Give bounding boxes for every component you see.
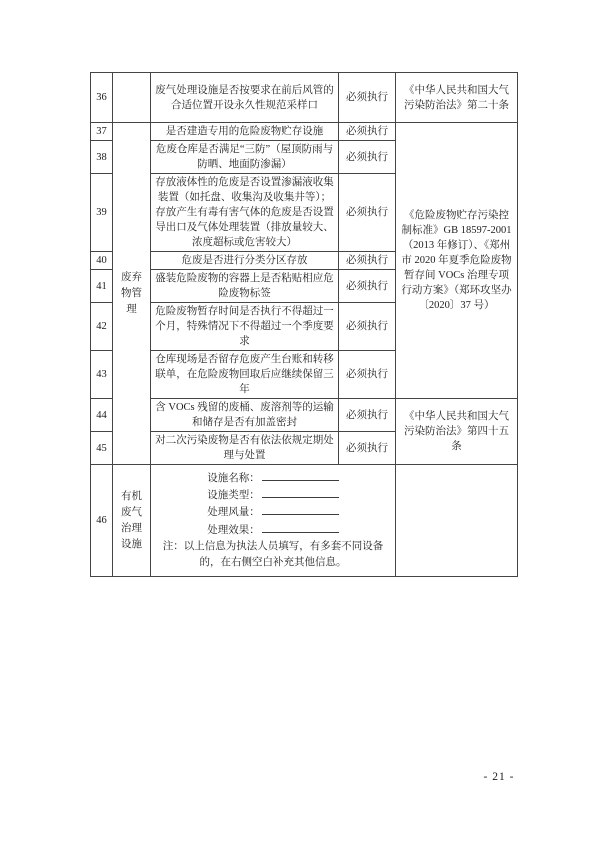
requirement-cell: 必须执行 <box>339 351 396 399</box>
table-row: 46 有机废气治理设施 设施名称： 设施类型： 处理风量： 处理效果： 注：以上… <box>91 465 518 577</box>
content-cell: 对二次污染废物是否有依法依规定期处理与处置 <box>151 432 339 465</box>
content-cell: 存放液体性的危废是否设置渗漏液收集装置（如托盘、收集沟及收集井等）；存放产生有毒… <box>151 174 339 252</box>
fill-in-blank-line <box>262 487 339 498</box>
reference-cell: 《中华人民共和国大气污染防治法》第四十五条 <box>396 399 518 465</box>
fill-in-blank-line <box>262 470 339 481</box>
table-row: 36 废气处理设施是否按要求在前后风管的合适位置开设永久性规范采样口 必须执行 … <box>91 73 518 123</box>
row-number: 45 <box>91 432 113 465</box>
table-row: 44 含 VOCs 残留的废桶、废溶剂等的运输和储存是否有加盖密封 必须执行 《… <box>91 399 518 432</box>
content-cell: 是否建造专用的危险废物贮存设施 <box>151 123 339 141</box>
requirement-cell: 必须执行 <box>339 399 396 432</box>
category-cell-empty <box>113 73 151 123</box>
row-number: 39 <box>91 174 113 252</box>
content-cell: 危废仓库是否满足“三防”（屋顶防雨与防晒、地面防渗漏） <box>151 141 339 174</box>
fill-in-blank-line <box>262 504 339 515</box>
category-cell-waste-management: 废弃物管理 <box>113 123 151 465</box>
requirement-cell: 必须执行 <box>339 73 396 123</box>
form-field-facility-type: 设施类型： <box>154 487 392 504</box>
row-number: 36 <box>91 73 113 123</box>
content-cell: 含 VOCs 残留的废桶、废溶剂等的运输和储存是否有加盖密封 <box>151 399 339 432</box>
row-number: 42 <box>91 303 113 351</box>
reference-cell-empty <box>396 465 518 577</box>
requirement-cell: 必须执行 <box>339 252 396 270</box>
requirement-cell: 必须执行 <box>339 432 396 465</box>
row-number: 44 <box>91 399 113 432</box>
row-number: 41 <box>91 270 113 303</box>
requirement-cell: 必须执行 <box>339 270 396 303</box>
form-field-label: 处理风量： <box>207 507 260 518</box>
form-field-facility-name: 设施名称： <box>154 470 392 487</box>
content-cell: 危废是否进行分类分区存放 <box>151 252 339 270</box>
form-field-air-volume: 处理风量： <box>154 504 392 521</box>
content-cell: 危险废物暂存时间是否执行不得超过一个月，特殊情况下不得超过一个季度要求 <box>151 303 339 351</box>
row-number: 37 <box>91 123 113 141</box>
content-cell: 盛装危险废物的容器上是否粘贴相应危险废物标签 <box>151 270 339 303</box>
table-row: 37 废弃物管理 是否建造专用的危险废物贮存设施 必须执行 《危险废物贮存污染控… <box>91 123 518 141</box>
page-number: - 21 - <box>468 771 530 783</box>
requirement-cell: 必须执行 <box>339 141 396 174</box>
document-page: 36 废气处理设施是否按要求在前后风管的合适位置开设永久性规范采样口 必须执行 … <box>0 0 600 848</box>
form-note: 注：以上信息为执法人员填写，有多套不同设备的，在右侧空白补充其他信息。 <box>154 539 392 571</box>
requirement-cell: 必须执行 <box>339 303 396 351</box>
content-cell: 仓库现场是否留存危废产生台账和转移联单，在危险废物回取后应继续保留三年 <box>151 351 339 399</box>
reference-cell: 《危险废物贮存污染控制标准》GB 18597-2001（2013 年修订）、《郑… <box>396 123 518 399</box>
form-field-label: 设施类型： <box>207 490 260 501</box>
row-number: 46 <box>91 465 113 577</box>
reference-cell: 《中华人民共和国大气污染防治法》第二十条 <box>396 73 518 123</box>
row-number: 43 <box>91 351 113 399</box>
content-cell: 废气处理设施是否按要求在前后风管的合适位置开设永久性规范采样口 <box>151 73 339 123</box>
requirement-cell: 必须执行 <box>339 174 396 252</box>
fill-in-blank-line <box>262 522 339 533</box>
form-field-label: 处理效果： <box>207 525 260 536</box>
category-cell-organic-gas-facility: 有机废气治理设施 <box>113 465 151 577</box>
requirement-cell: 必须执行 <box>339 123 396 141</box>
facility-info-form-cell: 设施名称： 设施类型： 处理风量： 处理效果： 注：以上信息为执法人员填写，有多… <box>151 465 396 577</box>
form-field-label: 设施名称： <box>207 473 260 484</box>
form-field-treatment-effect: 处理效果： <box>154 522 392 539</box>
row-number: 38 <box>91 141 113 174</box>
inspection-checklist-table: 36 废气处理设施是否按要求在前后风管的合适位置开设永久性规范采样口 必须执行 … <box>90 72 518 577</box>
row-number: 40 <box>91 252 113 270</box>
